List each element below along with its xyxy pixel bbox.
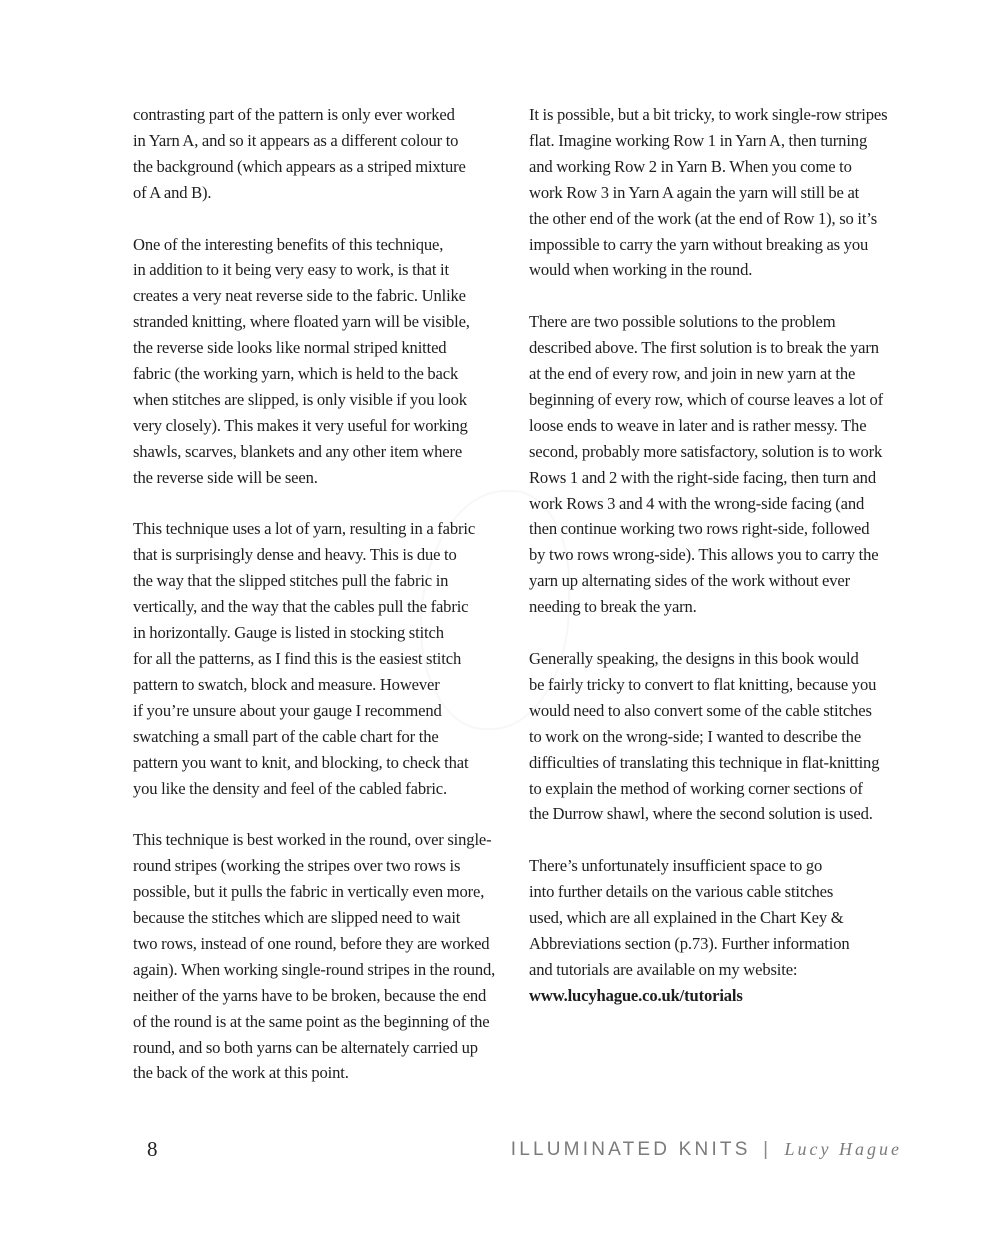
running-footer: ILLUMINATED KNITS | Lucy Hague bbox=[511, 1139, 902, 1161]
text-line: in addition to it being very easy to wor… bbox=[133, 257, 513, 283]
text-line: used, which are all explained in the Cha… bbox=[529, 905, 909, 931]
text-line: stranded knitting, where floated yarn wi… bbox=[133, 309, 513, 335]
text-line: to explain the method of working corner … bbox=[529, 776, 909, 802]
text-line: for all the patterns, as I find this is … bbox=[133, 646, 513, 672]
text-line: the other end of the work (at the end of… bbox=[529, 206, 909, 232]
text-line: the reverse side looks like normal strip… bbox=[133, 335, 513, 361]
text-line: pattern you want to knit, and blocking, … bbox=[133, 750, 513, 776]
book-title: ILLUMINATED KNITS bbox=[511, 1139, 751, 1160]
text-line: the back of the work at this point. bbox=[133, 1060, 513, 1086]
text-line: beginning of every row, which of course … bbox=[529, 387, 909, 413]
text-line: would when working in the round. bbox=[529, 257, 909, 283]
text-line: you like the density and feel of the cab… bbox=[133, 776, 513, 802]
text-line: Generally speaking, the designs in this … bbox=[529, 646, 909, 672]
text-line: at the end of every row, and join in new… bbox=[529, 361, 909, 387]
text-line: yarn up alternating sides of the work wi… bbox=[529, 568, 909, 594]
text-line: would need to also convert some of the c… bbox=[529, 698, 909, 724]
text-line: in horizontally. Gauge is listed in stoc… bbox=[133, 620, 513, 646]
text-line: shawls, scarves, blankets and any other … bbox=[133, 439, 513, 465]
text-line: when stitches are slipped, is only visib… bbox=[133, 387, 513, 413]
text-line: the background (which appears as a strip… bbox=[133, 154, 513, 180]
text-line: again). When working single-round stripe… bbox=[133, 957, 513, 983]
text-line: There are two possible solutions to the … bbox=[529, 309, 909, 335]
text-line: and tutorials are available on my websit… bbox=[529, 957, 909, 983]
text-line: the way that the slipped stitches pull t… bbox=[133, 568, 513, 594]
paragraph-yarn-usage: This technique uses a lot of yarn, resul… bbox=[133, 516, 513, 801]
text-line: Rows 1 and 2 with the right-side facing,… bbox=[529, 465, 909, 491]
footer-separator: | bbox=[763, 1139, 768, 1160]
text-line: the reverse side will be seen. bbox=[133, 465, 513, 491]
paragraph-contrasting: contrasting part of the pattern is only … bbox=[133, 102, 513, 206]
text-line: into further details on the various cabl… bbox=[529, 879, 909, 905]
text-line: because the stitches which are slipped n… bbox=[133, 905, 513, 931]
text-line: possible, but it pulls the fabric in ver… bbox=[133, 879, 513, 905]
text-line: neither of the yarns have to be broken, … bbox=[133, 983, 513, 1009]
text-line: described above. The first solution is t… bbox=[529, 335, 909, 361]
text-line: round, and so both yarns can be alternat… bbox=[133, 1035, 513, 1061]
text-line: One of the interesting benefits of this … bbox=[133, 232, 513, 258]
right-column: It is possible, but a bit tricky, to wor… bbox=[529, 102, 909, 1035]
text-line: to work on the wrong-side; I wanted to d… bbox=[529, 724, 909, 750]
text-line: the Durrow shawl, where the second solut… bbox=[529, 801, 909, 827]
paragraph-further-info: There’s unfortunately insufficient space… bbox=[529, 853, 909, 1008]
text-line: There’s unfortunately insufficient space… bbox=[529, 853, 909, 879]
page-number: 8 bbox=[147, 1137, 158, 1162]
text-line: work Row 3 in Yarn A again the yarn will… bbox=[529, 180, 909, 206]
text-line: if you’re unsure about your gauge I reco… bbox=[133, 698, 513, 724]
text-line: loose ends to weave in later and is rath… bbox=[529, 413, 909, 439]
text-line: second, probably more satisfactory, solu… bbox=[529, 439, 909, 465]
text-line: pattern to swatch, block and measure. Ho… bbox=[133, 672, 513, 698]
text-line: This technique uses a lot of yarn, resul… bbox=[133, 516, 513, 542]
text-line: that is surprisingly dense and heavy. Th… bbox=[133, 542, 513, 568]
text-line: very closely). This makes it very useful… bbox=[133, 413, 513, 439]
text-line: in Yarn A, and so it appears as a differ… bbox=[133, 128, 513, 154]
text-line: two rows, instead of one round, before t… bbox=[133, 931, 513, 957]
paragraph-benefits: One of the interesting benefits of this … bbox=[133, 232, 513, 491]
text-line: and working Row 2 in Yarn B. When you co… bbox=[529, 154, 909, 180]
author-name: Lucy Hague bbox=[785, 1139, 902, 1159]
text-line: be fairly tricky to convert to flat knit… bbox=[529, 672, 909, 698]
text-line: impossible to carry the yarn without bre… bbox=[529, 232, 909, 258]
text-line: work Rows 3 and 4 with the wrong-side fa… bbox=[529, 491, 909, 517]
text-line: by two rows wrong-side). This allows you… bbox=[529, 542, 909, 568]
paragraph-generally-speaking: Generally speaking, the designs in this … bbox=[529, 646, 909, 827]
text-line: It is possible, but a bit tricky, to wor… bbox=[529, 102, 909, 128]
text-line: vertically, and the way that the cables … bbox=[133, 594, 513, 620]
text-line: creates a very neat reverse side to the … bbox=[133, 283, 513, 309]
text-line: difficulties of translating this techniq… bbox=[529, 750, 909, 776]
text-line: of A and B). bbox=[133, 180, 513, 206]
text-line: This technique is best worked in the rou… bbox=[133, 827, 513, 853]
left-column: contrasting part of the pattern is only … bbox=[133, 102, 513, 1112]
text-line: Abbreviations section (p.73). Further in… bbox=[529, 931, 909, 957]
text-line: swatching a small part of the cable char… bbox=[133, 724, 513, 750]
text-line: then continue working two rows right-sid… bbox=[529, 516, 909, 542]
text-line: flat. Imagine working Row 1 in Yarn A, t… bbox=[529, 128, 909, 154]
tutorials-link[interactable]: www.lucyhague.co.uk/tutorials bbox=[529, 983, 909, 1009]
paragraph-flat-stripes: It is possible, but a bit tricky, to wor… bbox=[529, 102, 909, 283]
text-line: of the round is at the same point as the… bbox=[133, 1009, 513, 1035]
text-line: fabric (the working yarn, which is held … bbox=[133, 361, 513, 387]
paragraph-solutions: There are two possible solutions to the … bbox=[529, 309, 909, 620]
paragraph-in-the-round: This technique is best worked in the rou… bbox=[133, 827, 513, 1086]
text-line: round stripes (working the stripes over … bbox=[133, 853, 513, 879]
text-line: needing to break the yarn. bbox=[529, 594, 909, 620]
text-line: contrasting part of the pattern is only … bbox=[133, 102, 513, 128]
document-page: contrasting part of the pattern is only … bbox=[0, 0, 1000, 1233]
